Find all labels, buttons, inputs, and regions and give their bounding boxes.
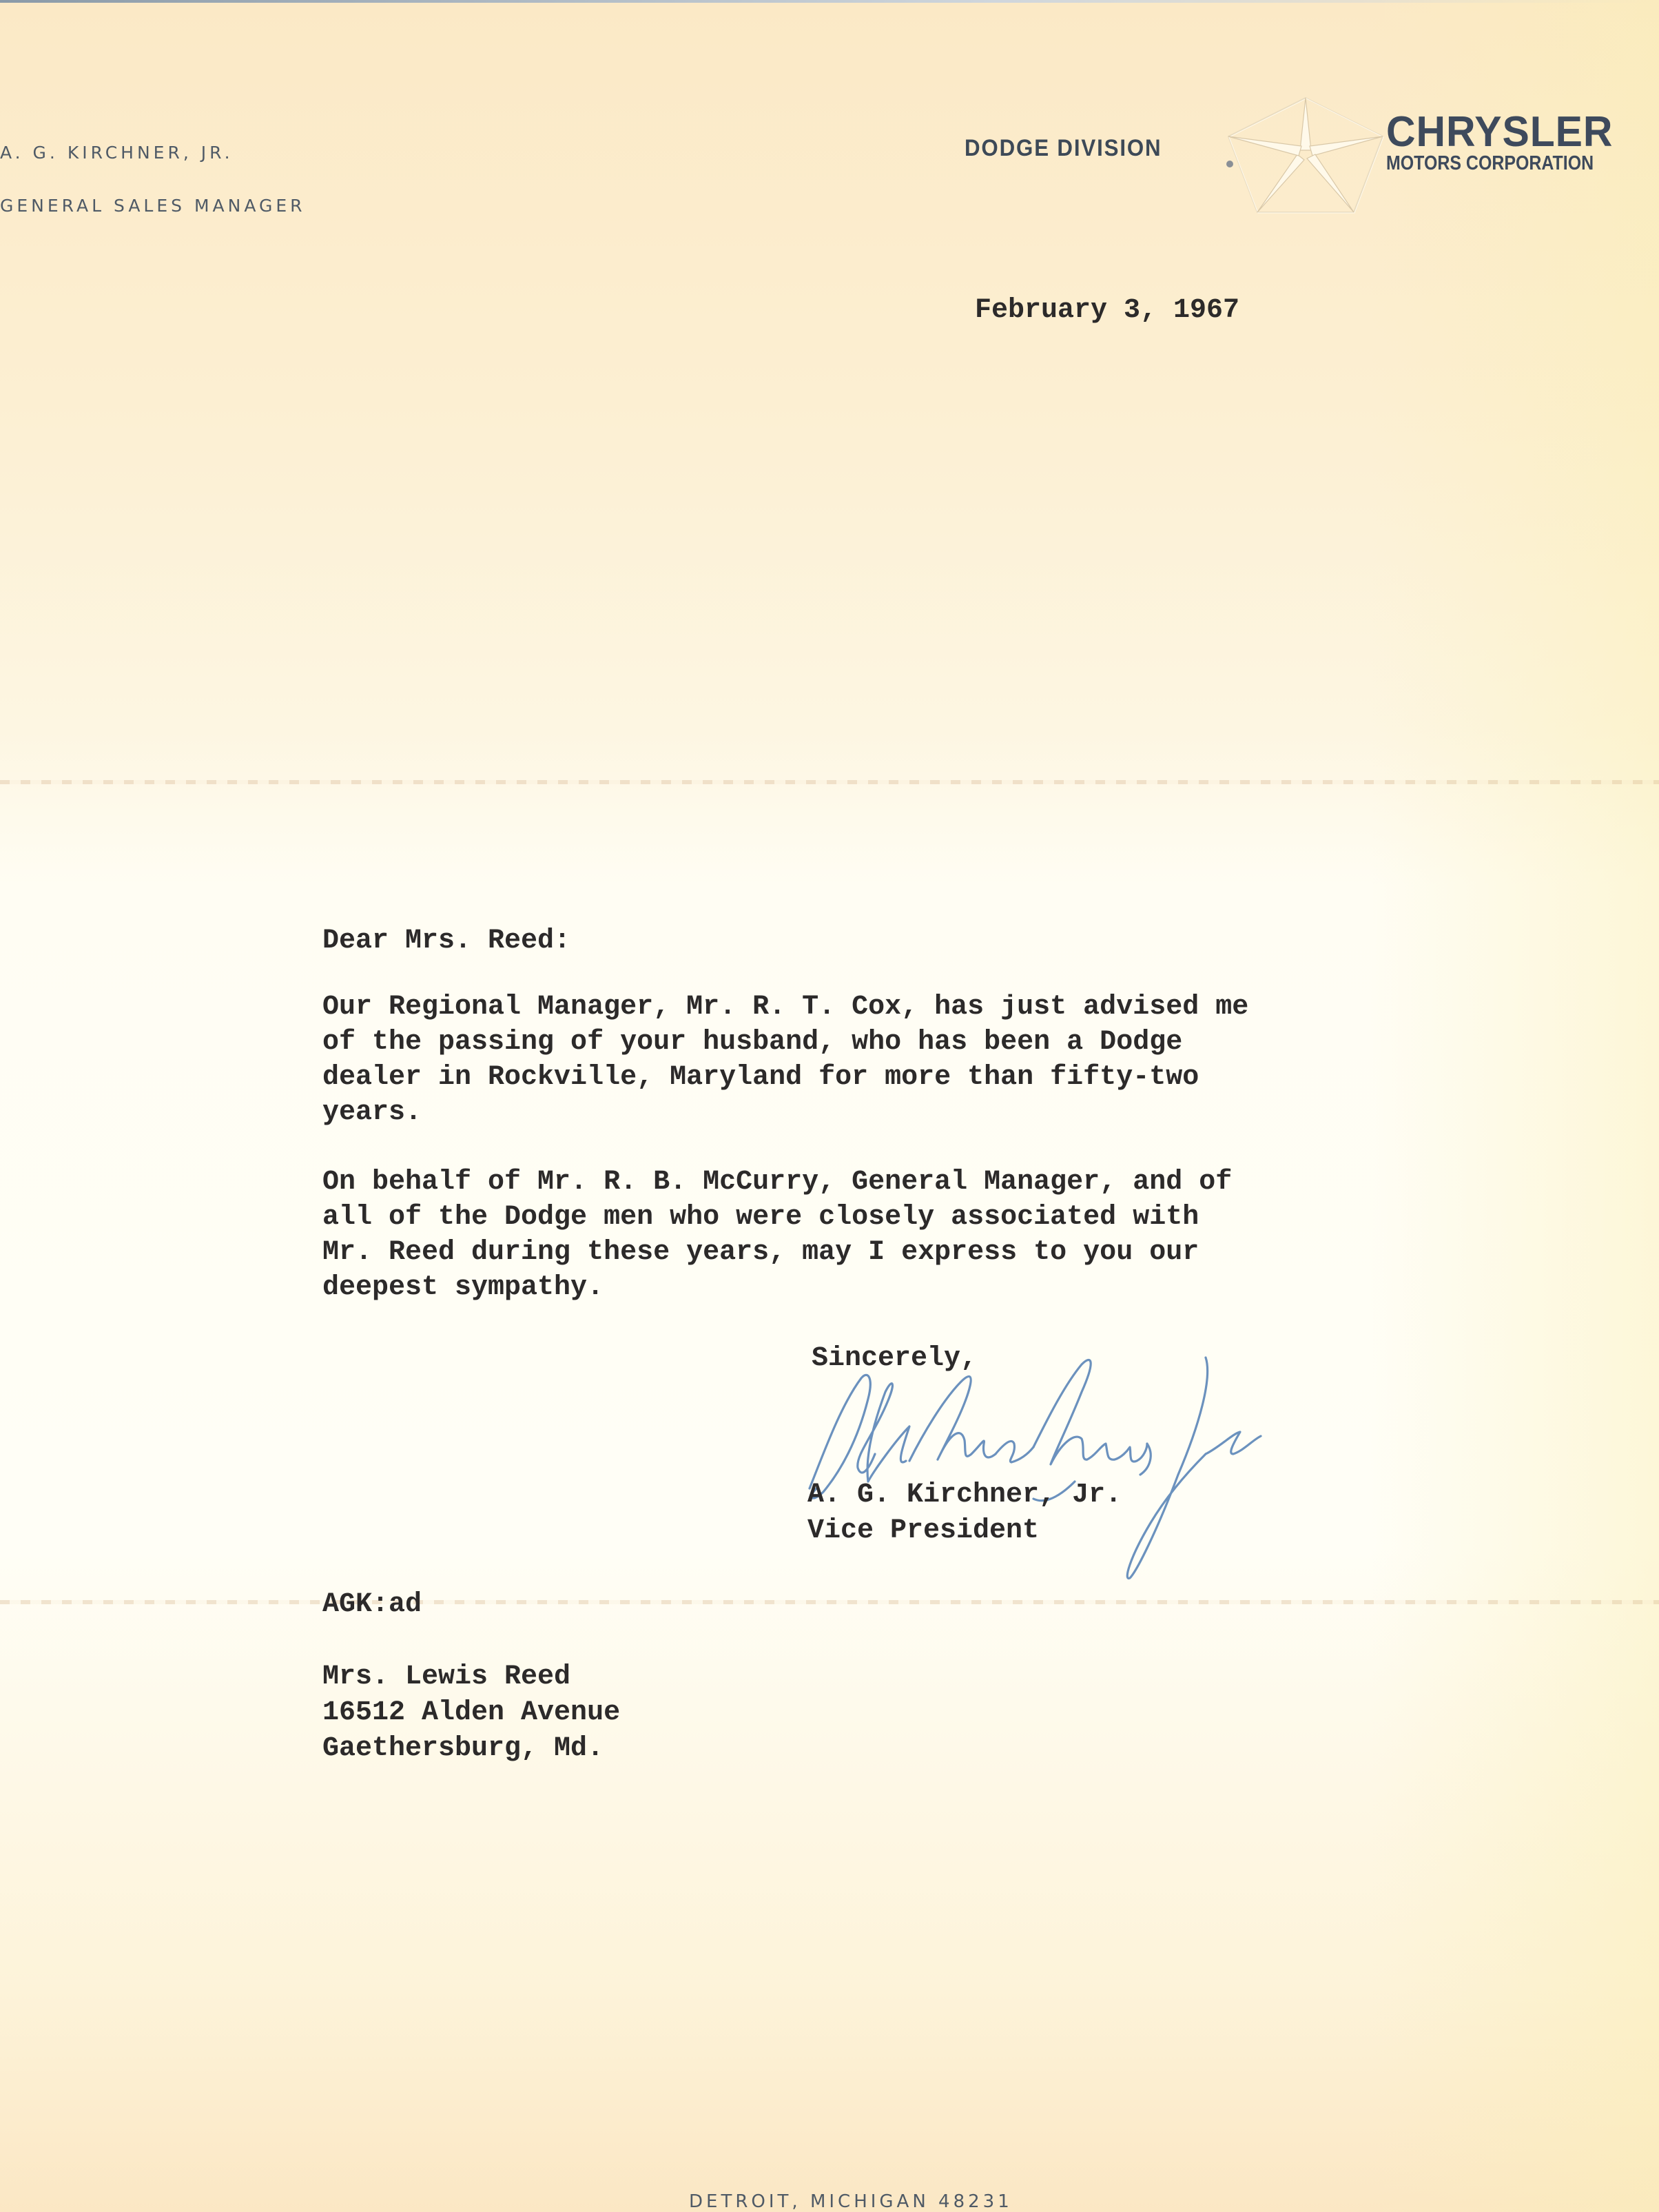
letterhead-executive-name: A. G. KIRCHNER, JR. bbox=[0, 143, 234, 163]
brand-name: CHRYSLER bbox=[1386, 112, 1616, 153]
paper-top-edge bbox=[0, 0, 1659, 3]
letterhead-brand: CHRYSLER MOTORS CORPORATION bbox=[1386, 112, 1627, 174]
letter-salutation: Dear Mrs. Reed: bbox=[322, 923, 570, 959]
recipient-address: Mrs. Lewis Reed 16512 Alden Avenue Gaeth… bbox=[322, 1659, 620, 1767]
signer-title: Vice President bbox=[807, 1513, 1039, 1548]
paper-aging-tint bbox=[1370, 0, 1659, 2212]
letter-date: February 3, 1967 bbox=[975, 293, 1239, 328]
signer-name: A. G. Kirchner, Jr. bbox=[807, 1477, 1122, 1513]
letterhead-footer-address: DETROIT, MICHIGAN 48231 bbox=[689, 2191, 1013, 2212]
letter-paragraph: Our Regional Manager, Mr. R. T. Cox, has… bbox=[322, 990, 1248, 1130]
reference-initials: AGK:ad bbox=[322, 1587, 422, 1622]
letter-paragraph: On behalf of Mr. R. B. McCurry, General … bbox=[322, 1165, 1232, 1305]
pentastar-icon bbox=[1223, 96, 1388, 217]
paper-fold-line bbox=[0, 1600, 1659, 1604]
brand-subtitle: MOTORS CORPORATION bbox=[1386, 153, 1594, 174]
handwritten-signature-icon bbox=[792, 1351, 1316, 1585]
paper-fold-line bbox=[0, 780, 1659, 784]
letterhead-division: DODGE DIVISION bbox=[965, 135, 1162, 162]
letterhead-executive-title: GENERAL SALES MANAGER bbox=[0, 196, 306, 216]
